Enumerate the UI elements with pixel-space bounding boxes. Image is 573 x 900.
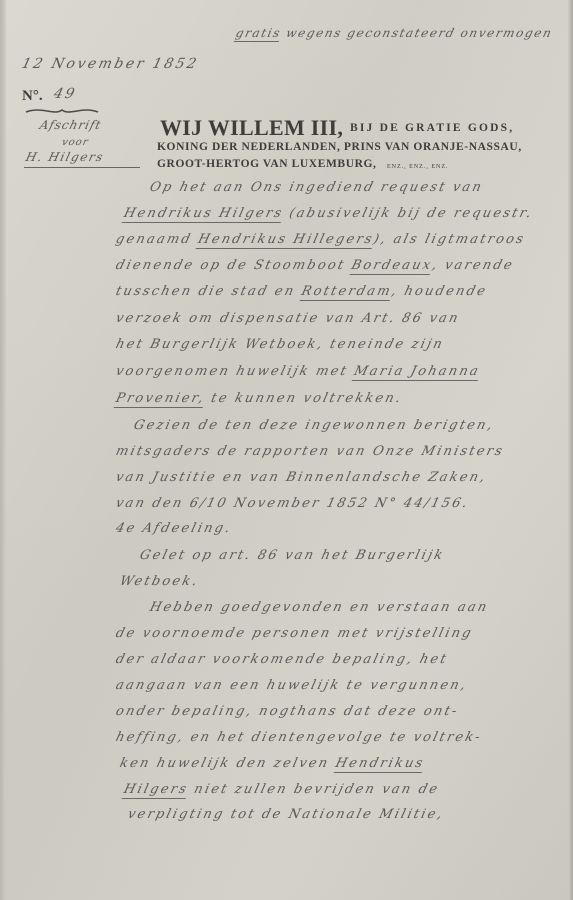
body-line: verzoek om dispensatie van Art. 86 van [114,311,461,326]
document-date: 12 November 1852 [20,56,200,72]
body-line: Gezien de ten deze ingewonnen berigten, [132,418,496,433]
body-line: mitsgaders de rapporten van Onze Ministe… [114,444,506,459]
letterhead-etc: ENZ., ENZ., ENZ. [387,164,449,170]
number-value: 49 [52,86,78,102]
top-note-rest: wegens geconstateerd onvermogen [285,26,554,40]
body-line: Gelet op art. 86 van het Burgerlijk [138,548,446,563]
page-edge-left [0,0,6,900]
body-line: Hebben goedgevonden en verstaan aan [148,600,490,615]
margin-note-line2: voor [61,137,90,148]
body-line: voorgenomen huwelijk met Maria Johanna [114,364,482,379]
body-line: ken huwelijk den zelven Hendrikus [118,756,426,771]
body-line: de voornoemde personen met vrijstelling [114,626,474,641]
top-note: gratis wegens geconstateerd onvermogen [234,26,554,40]
flourish-icon [24,106,100,116]
body-line: verpligting tot de Nationale Militie, [126,807,446,822]
body-line: der aldaar voorkomende bepaling, het [114,652,449,667]
body-line: onder bepaling, nogthans dat deze ont- [114,704,460,719]
letterhead-line3: GROOT-HERTOG VAN LUXEMBURG, [157,158,377,170]
body-line: genaamd Hendrikus Hillegers), als ligtma… [114,232,527,247]
margin-note-rule [24,167,140,168]
body-line: aangaan van een huwelijk te vergunnen, [114,678,469,693]
letterhead-line1-small: BIJ DE GRATIE GODS, [350,122,514,134]
body-line: Provenier, te kunnen voltrekken. [114,391,404,406]
body-line: van Justitie en van Binnenlandsche Zaken… [114,470,488,485]
number-label: N°. [22,88,43,105]
body-line: tusschen die stad en Rotterdam, houdende [114,284,489,299]
body-line: heffing, en het dientengevolge te voltre… [114,730,483,745]
top-note-gratis: gratis [234,26,283,42]
body-line: van den 6/10 November 1852 N° 44/156. [114,496,471,511]
body-line: het Burgerlijk Wetboek, teneinde zijn [114,337,446,352]
margin-note-line3: H. Hilgers [24,150,105,164]
document-page: gratis wegens geconstateerd onvermogen 1… [0,0,573,900]
margin-note-line1: Afschrift [38,118,103,132]
body-line: Wetboek. [118,574,200,589]
page-edge-right [568,0,573,900]
body-line: 4e Afdeeling. [114,521,233,536]
body-line: Hendrikus Hilgers (abusivelijk bij de re… [122,206,535,221]
body-line: Hilgers niet zullen bevrijden van de [122,782,441,797]
letterhead-line2: KONING DER NEDERLANDEN, PRINS VAN ORANJE… [157,141,522,153]
body-line: Op het aan Ons ingediend request van [148,180,485,195]
body-line: dienende op de Stoomboot Bordeaux, varen… [114,258,516,273]
letterhead-line1-big: WIJ WILLEM III, [160,115,343,141]
